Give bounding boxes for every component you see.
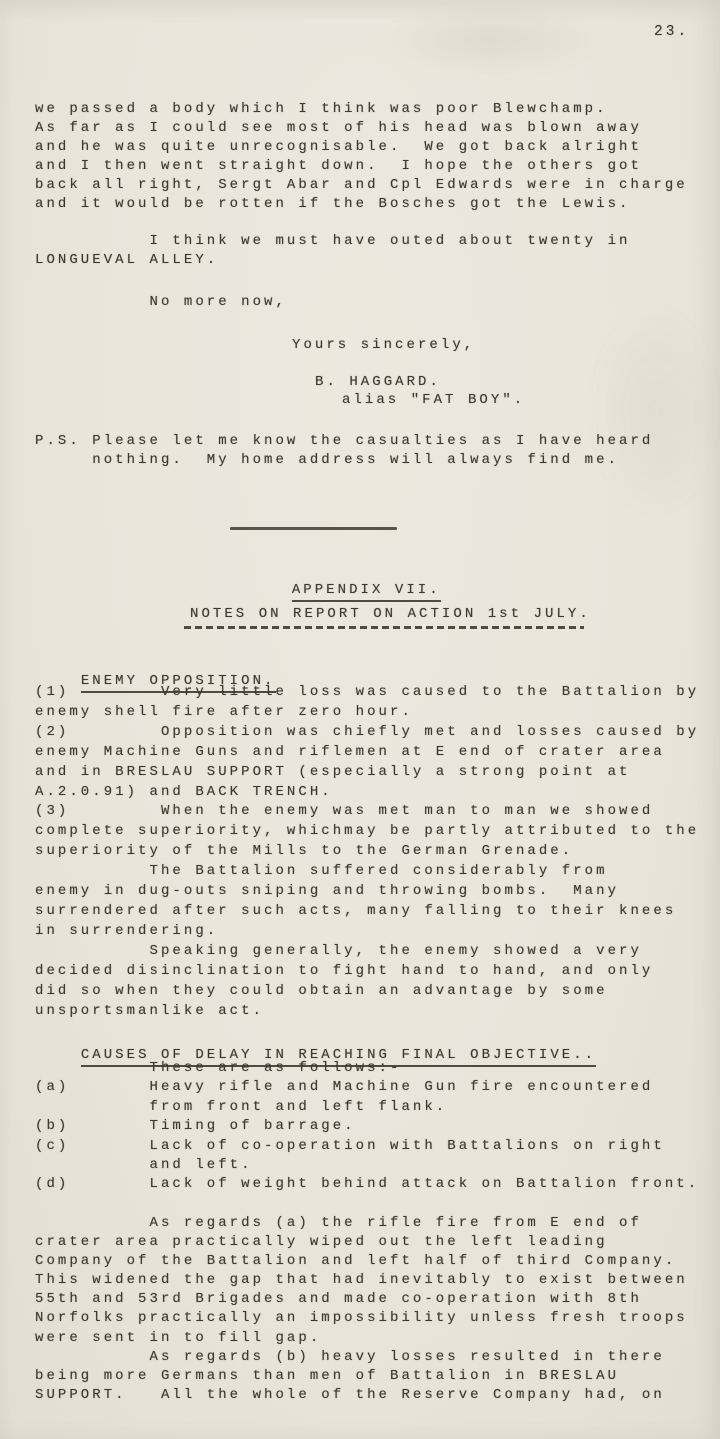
causes-paragraphs: As regards (a) the rifle fire from E end…	[35, 1214, 688, 1405]
postscript: P.S. Please let me know the casualties a…	[35, 432, 653, 470]
section-divider	[230, 527, 397, 530]
appendix-subtitle: NOTES ON REPORT ON ACTION 1st JULY.	[190, 606, 591, 622]
subtitle-underline	[184, 626, 584, 629]
paper-smudge	[590, 300, 720, 520]
paper-smudge	[380, 5, 600, 75]
closing-line: Yours sincerely,	[292, 336, 475, 355]
letter-paragraph-2: I think we must have outed about twenty …	[35, 232, 630, 270]
page-number: 23.	[654, 24, 689, 40]
signature-alias: alias "FAT BOY".	[342, 391, 525, 410]
enemy-opposition-body: (1) Very little loss was caused to the B…	[35, 683, 699, 1021]
no-more-line: No more now,	[35, 293, 287, 312]
appendix-title-text: APPENDIX VII.	[292, 582, 441, 602]
letter-paragraph-1: we passed a body which I think was poor …	[35, 100, 688, 215]
causes-list: These are as follows:- (a) Heavy rifle a…	[35, 1059, 699, 1195]
scanned-letter-page: 23. we passed a body which I think was p…	[0, 0, 720, 1439]
signature-name: B. HAGGARD.	[315, 373, 441, 392]
